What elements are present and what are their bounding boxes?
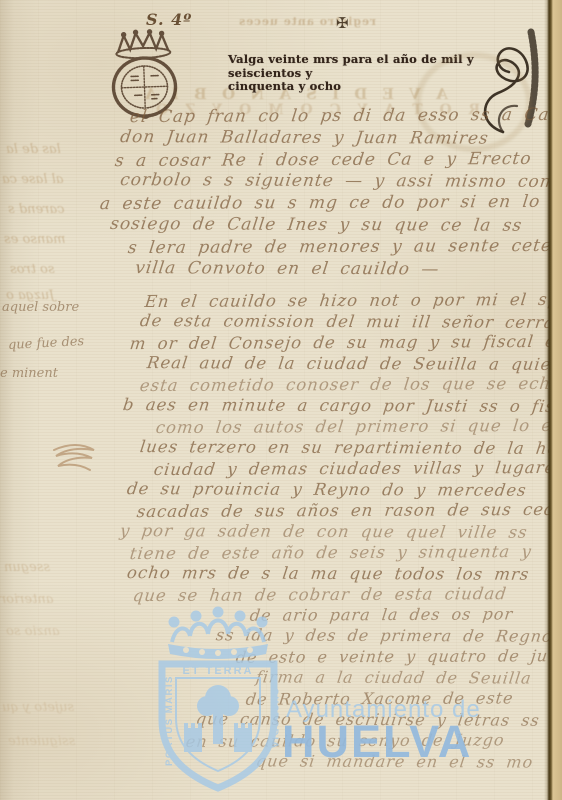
watermark-motto-right: CUSTODIA <box>269 688 280 749</box>
manuscript-block-2: En el cauildo se hizo not o por mi el sp… <box>96 290 548 605</box>
margin-note: aquel sobre <box>2 300 79 315</box>
manuscript-line: Real aud de la ciudad de Seuilla a quien <box>146 352 549 375</box>
manuscript-line: corbolo s s siguiente — y assi mismo com… <box>119 170 550 194</box>
manuscript-page: registro ante ueces A V E D I S A N O B … <box>0 0 562 800</box>
manuscript-line: como los autos del primero si que lo en <box>155 415 550 438</box>
bleedthrough-text: las de la <box>6 142 61 157</box>
bleedthrough-text: manso es <box>4 232 65 247</box>
bleedthrough-text: so tros <box>10 262 55 277</box>
manuscript-line: don Juan Balladares y Juan Ramires <box>119 127 550 151</box>
manuscript-line: el Cap fran co lo ps di da esso ss a Cap <box>129 105 550 129</box>
manuscript-line: de ario para la des os por <box>249 603 550 626</box>
manuscript-line: sacadas de sus años en rason de sus ceda… <box>136 499 550 522</box>
manuscript-line: tiene de este año de seis y sinquenta y <box>129 541 550 564</box>
bleedthrough-text: al lase ca <box>2 172 63 187</box>
bleedthrough-text: sujeto y qu <box>2 700 74 715</box>
watermark-motto-top: ET TERRA <box>183 665 254 677</box>
manuscript-line: de su prouincia y Reyno do y mercedes <box>126 478 549 501</box>
manuscript-line: a este cauildo su s mg ce do por si en l… <box>99 192 550 216</box>
manuscript-line: b aes en minute a cargo por Justi ss o f… <box>122 394 549 417</box>
manuscript-line: m or del Consejo de su mag y su fiscal e… <box>129 331 550 354</box>
cross-icon: ✠ <box>336 14 349 32</box>
manuscript-line: villa Convoto en el cauildo — <box>134 258 550 282</box>
bleedthrough-text: anzio so <box>6 624 60 639</box>
bleedthrough-text: ssegun <box>4 560 50 575</box>
spiral-doodle-icon <box>46 436 104 484</box>
manuscript-line: de esta comission del mui ill señor cerr… <box>139 310 549 333</box>
manuscript-line: s lera padre de menores y au sente cete <box>127 236 550 260</box>
bleedthrough-text: carend s <box>8 202 64 217</box>
manuscript-block-1: el Cap fran co lo ps di da esso ss a Cap… <box>96 106 548 280</box>
margin-note: e minent <box>0 366 58 381</box>
manuscript-line: s a cosar Re i dose cede Ca e y Erecto <box>114 148 550 172</box>
margin-note: que fue des <box>8 334 85 353</box>
manuscript-line: y por ga saden de con que quel ville ss <box>119 520 549 543</box>
watermark-motto-left: PORTUS MARIS <box>164 675 175 766</box>
manuscript-line: sosiego de Calle Ines y su que ce la ss <box>109 214 550 238</box>
manuscript-line: lues terzero en su repartimiento de la h… <box>139 436 549 459</box>
huelva-coat-of-arms-watermark: ET TERRA PORTUS MARIS CUSTODIA <box>146 602 290 800</box>
manuscript-line: firma a la ciudad de Seuilla <box>255 666 550 688</box>
watermark-text-huelva: HUELVA <box>282 716 472 768</box>
manuscript-line: esta cometido conoser de los que se echa <box>139 373 550 396</box>
manuscript-line: En el cauildo se hizo not o por mi el sp… <box>144 289 550 312</box>
manuscript-line: ocho mrs de s la ma que todos los mrs <box>126 562 549 585</box>
manuscript-line: ciudad y demas ciudades villas y lugares <box>153 457 550 480</box>
bleedthrough-text: anterior <box>0 592 53 607</box>
bleedthrough-text: ssiguiente <box>8 734 75 749</box>
bleedthrough-text: registro ante ueces <box>238 15 376 28</box>
